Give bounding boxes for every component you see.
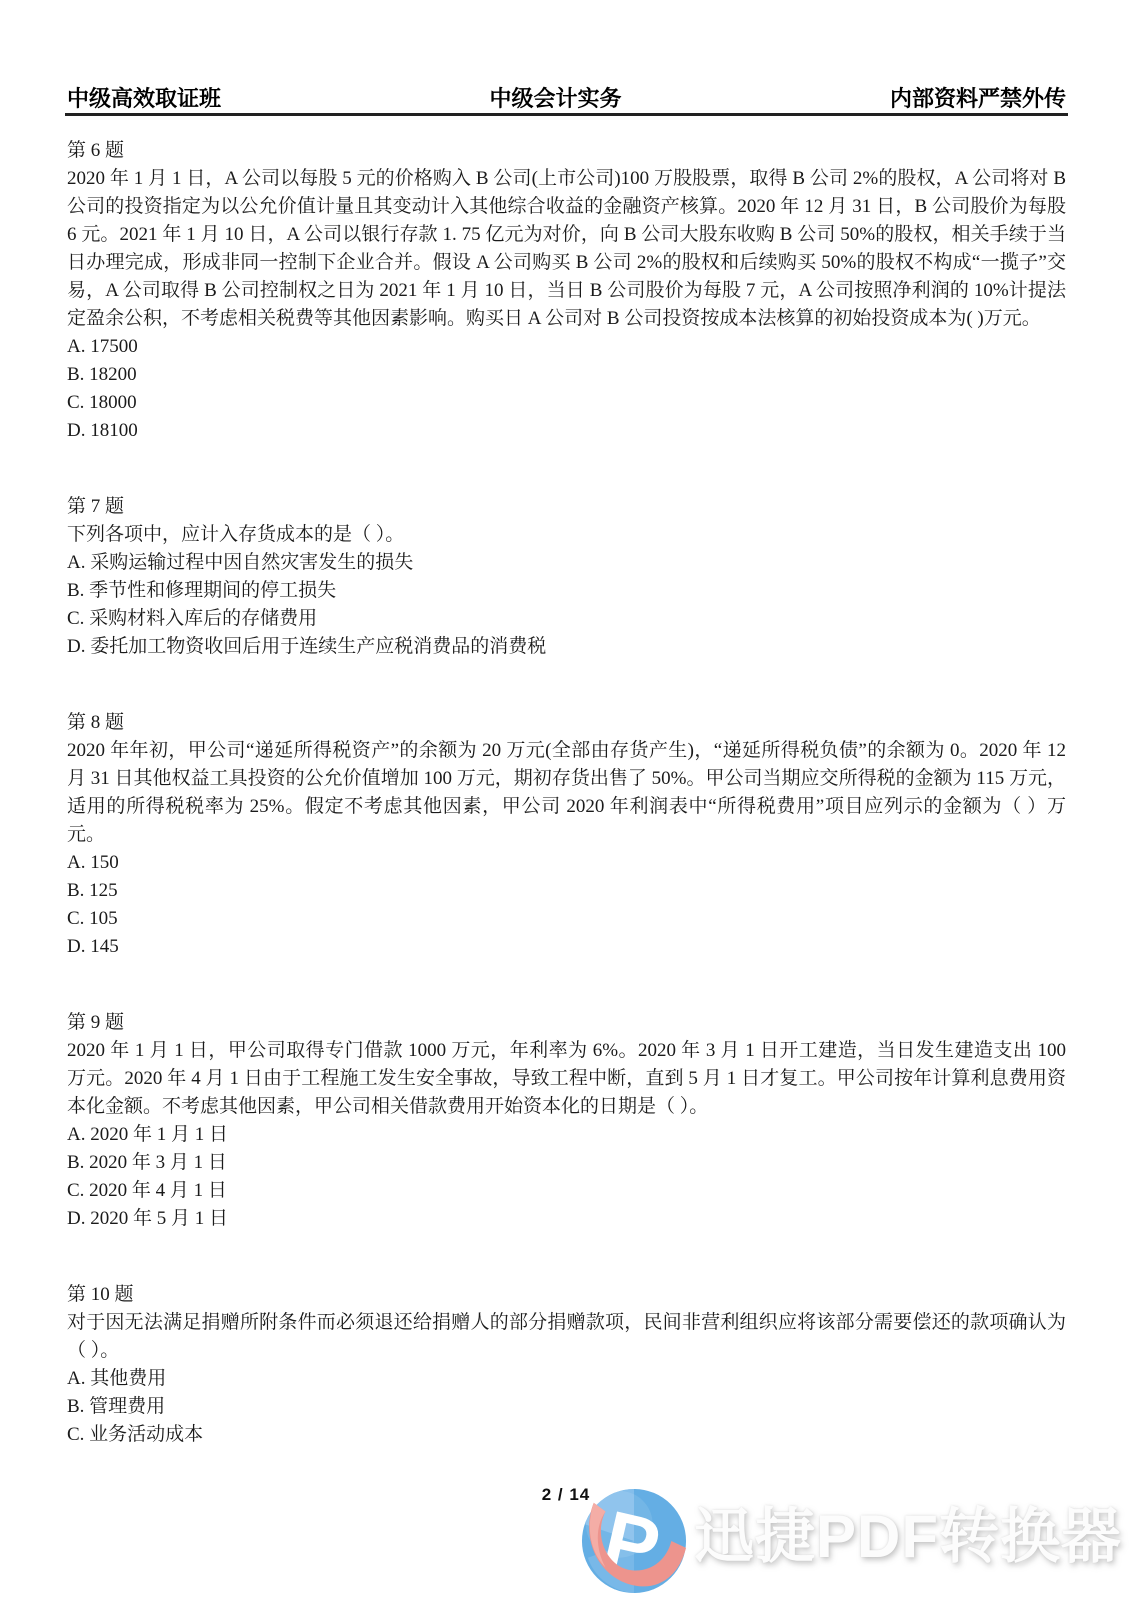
question-option: B. 125 (67, 877, 1066, 905)
question-option: B. 2020 年 3 月 1 日 (67, 1149, 1066, 1177)
watermark-text: 迅捷PDF转换器 (694, 1489, 1122, 1575)
question-stem: 2020 年 1 月 1 日，A 公司以每股 5 元的价格购入 B 公司(上市公… (67, 165, 1066, 333)
question-block: 第 8 题 2020 年年初，甲公司“递延所得税资产”的余额为 20 万元(全部… (67, 709, 1066, 961)
question-number: 第 9 题 (67, 1009, 1066, 1037)
question-option: B. 季节性和修理期间的停工损失 (67, 577, 1066, 605)
question-option: C. 105 (67, 905, 1066, 933)
question-options: A. 150B. 125C. 105D. 145 (67, 849, 1066, 961)
question-option: C. 2020 年 4 月 1 日 (67, 1177, 1066, 1205)
question-option: A. 其他费用 (67, 1365, 1066, 1393)
question-block: 第 9 题 2020 年 1 月 1 日，甲公司取得专门借款 1000 万元，年… (67, 1009, 1066, 1233)
question-number: 第 6 题 (67, 137, 1066, 165)
question-stem: 下列各项中，应计入存货成本的是（ ）。 (67, 521, 1066, 549)
header-divider (65, 113, 1068, 116)
xunjie-pdf-logo-icon: P (580, 1487, 688, 1595)
questions-area: 第 6 题 2020 年 1 月 1 日，A 公司以每股 5 元的价格购入 B … (67, 137, 1066, 1449)
question-option: A. 150 (67, 849, 1066, 877)
header-course-name: 中级高效取证班 (67, 82, 221, 113)
question-block: 第 10 题 对于因无法满足捐赠所附条件而必须退还给捐赠人的部分捐赠款项，民间非… (67, 1281, 1066, 1449)
question-option: D. 2020 年 5 月 1 日 (67, 1205, 1066, 1233)
question-options: A. 2020 年 1 月 1 日B. 2020 年 3 月 1 日C. 202… (67, 1121, 1066, 1233)
page-header: 中级高效取证班 中级会计实务 内部资料严禁外传 (67, 82, 1066, 113)
question-number: 第 8 题 (67, 709, 1066, 737)
header-subject-title: 中级会计实务 (489, 82, 621, 113)
question-block: 第 6 题 2020 年 1 月 1 日，A 公司以每股 5 元的价格购入 B … (67, 137, 1066, 445)
question-option: D. 145 (67, 933, 1066, 961)
question-stem: 2020 年年初，甲公司“递延所得税资产”的余额为 20 万元(全部由存货产生)… (67, 737, 1066, 849)
question-option: C. 18000 (67, 389, 1066, 417)
question-option: D. 委托加工物资收回后用于连续生产应税消费品的消费税 (67, 633, 1066, 661)
question-number: 第 10 题 (67, 1281, 1066, 1309)
question-option: B. 18200 (67, 361, 1066, 389)
question-stem: 对于因无法满足捐赠所附条件而必须退还给捐赠人的部分捐赠款项，民间非营利组织应将该… (67, 1309, 1066, 1365)
question-options: A. 其他费用B. 管理费用C. 业务活动成本 (67, 1365, 1066, 1449)
question-option: A. 17500 (67, 333, 1066, 361)
question-option: A. 2020 年 1 月 1 日 (67, 1121, 1066, 1149)
question-option: C. 业务活动成本 (67, 1421, 1066, 1449)
question-option: B. 管理费用 (67, 1393, 1066, 1421)
header-confidential-notice: 内部资料严禁外传 (890, 82, 1066, 113)
question-stem: 2020 年 1 月 1 日，甲公司取得专门借款 1000 万元，年利率为 6%… (67, 1037, 1066, 1121)
question-block: 第 7 题 下列各项中，应计入存货成本的是（ ）。 A. 采购运输过程中因自然灾… (67, 493, 1066, 661)
document-page: 中级高效取证班 中级会计实务 内部资料严禁外传 第 6 题 2020 年 1 月… (0, 0, 1131, 1600)
question-options: A. 采购运输过程中因自然灾害发生的损失B. 季节性和修理期间的停工损失C. 采… (67, 549, 1066, 661)
question-number: 第 7 题 (67, 493, 1066, 521)
question-option: C. 采购材料入库后的存储费用 (67, 605, 1066, 633)
question-option: A. 采购运输过程中因自然灾害发生的损失 (67, 549, 1066, 577)
question-option: D. 18100 (67, 417, 1066, 445)
question-options: A. 17500B. 18200C. 18000D. 18100 (67, 333, 1066, 445)
